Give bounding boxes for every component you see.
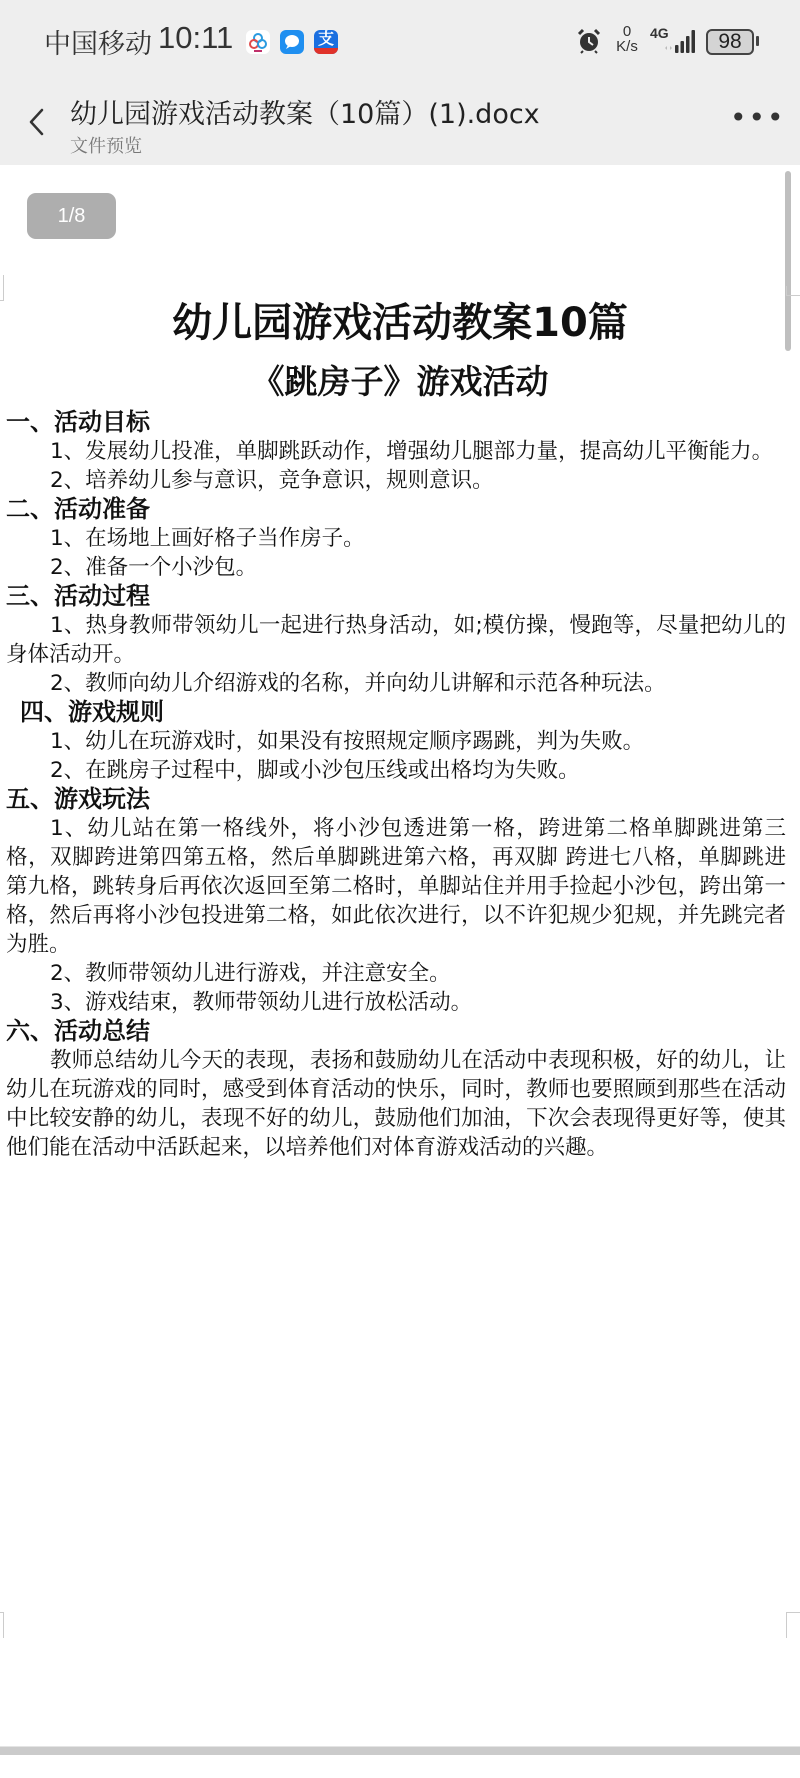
alarm-clock-icon <box>576 28 602 54</box>
network-speed: 0 K/s <box>612 24 642 54</box>
section-heading: 五、游戏玩法 <box>0 785 800 814</box>
document-page: 幼儿园游戏活动教案10篇 《跳房子》游戏活动 一、活动目标 1、发展幼儿投准，单… <box>0 290 800 1162</box>
status-bar: 中国移动 10:11 支 0 K/s 4G <box>0 0 800 80</box>
battery-level: 98 <box>706 29 754 55</box>
paragraph: 2、教师带领幼儿进行游戏，并注意安全。 <box>0 959 800 988</box>
section-heading: 三、活动过程 <box>0 582 800 611</box>
message-app-icon <box>280 30 304 54</box>
page-indicator: 1/8 <box>27 193 116 239</box>
signal-strength-icon <box>664 28 698 54</box>
more-options-button[interactable]: ••• <box>730 108 770 128</box>
horizontal-scrollbar[interactable] <box>0 1746 800 1755</box>
cloud-app-icon <box>246 30 270 54</box>
paragraph: 1、热身教师带领幼儿一起进行热身活动，如;模仿操，慢跑等，尽量把幼儿的身体活动开… <box>0 611 800 669</box>
section-heading: 六、活动总结 <box>0 1017 800 1046</box>
section-heading: 一、活动目标 <box>0 408 800 437</box>
nav-bar: 幼儿园游戏活动教案（10篇）(1).docx 文件预览 ••• <box>0 80 800 165</box>
paragraph: 2、培养幼儿参与意识，竞争意识，规则意识。 <box>0 466 800 495</box>
file-preview-label: 文件预览 <box>70 132 142 158</box>
section-heading: 四、游戏规则 <box>0 698 800 727</box>
paragraph: 1、发展幼儿投准，单脚跳跃动作，增强幼儿腿部力量，提高幼儿平衡能力。 <box>0 437 800 466</box>
paragraph: 2、准备一个小沙包。 <box>0 553 800 582</box>
paragraph: 1、在场地上画好格子当作房子。 <box>0 524 800 553</box>
clock-time: 10:11 <box>158 20 233 56</box>
page-corner-mark <box>786 1612 800 1638</box>
page-corner-mark <box>0 1612 4 1638</box>
document-subtitle: 《跳房子》游戏活动 <box>0 356 800 408</box>
alipay-app-icon: 支 <box>314 30 338 54</box>
paragraph: 2、在跳房子过程中，脚或小沙包压线或出格均为失败。 <box>0 756 800 785</box>
section-heading: 二、活动准备 <box>0 495 800 524</box>
paragraph: 3、游戏结束，教师带领幼儿进行放松活动。 <box>0 988 800 1017</box>
paragraph: 1、幼儿站在第一格线外，将小沙包透进第一格，跨进第二格单脚跳进第三格，双脚跨进第… <box>0 814 800 959</box>
document-file-name: 幼儿园游戏活动教案（10篇）(1).docx <box>70 92 540 131</box>
paragraph: 2、教师向幼儿介绍游戏的名称，并向幼儿讲解和示范各种玩法。 <box>0 669 800 698</box>
document-title: 幼儿园游戏活动教案10篇 <box>0 290 800 356</box>
back-button[interactable] <box>22 102 52 142</box>
battery-tip <box>756 36 759 46</box>
carrier-name: 中国移动 <box>44 22 152 61</box>
paragraph: 教师总结幼儿今天的表现，表扬和鼓励幼儿在活动中表现积极，好的幼儿，让幼儿在玩游戏… <box>0 1046 800 1162</box>
paragraph: 1、幼儿在玩游戏时，如果没有按照规定顺序踢跳，判为失败。 <box>0 727 800 756</box>
